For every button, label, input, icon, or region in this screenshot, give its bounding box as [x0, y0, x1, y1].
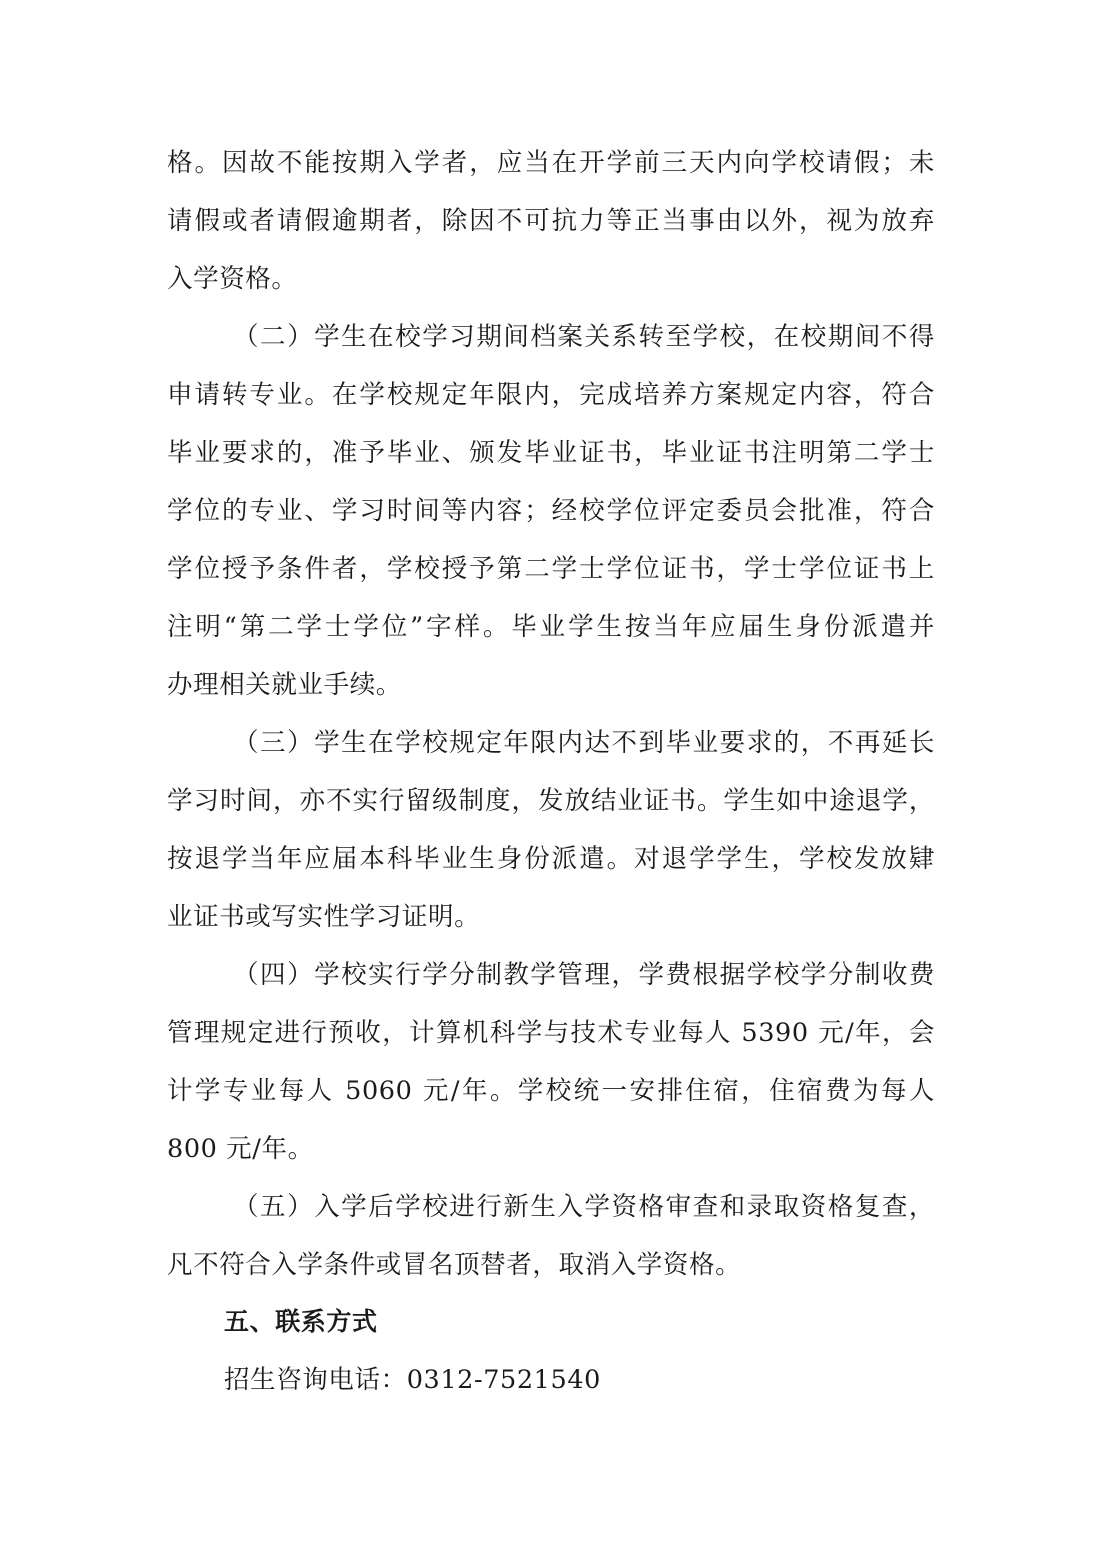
paragraph-line: 毕业要求的，准予毕业、颁发毕业证书，毕业证书注明第二学士	[167, 433, 935, 473]
paragraph-line: 凡不符合入学条件或冒名顶替者，取消入学资格。	[167, 1245, 935, 1285]
contact-phone: 0312-7521540	[407, 1365, 601, 1395]
paragraph-line: 学习时间，亦不实行留级制度，发放结业证书。学生如中途退学，	[167, 781, 935, 821]
paragraph-line: 请假或者请假逾期者，除因不可抗力等正当事由以外，视为放弃	[167, 201, 935, 241]
paragraph-line: 业证书或写实性学习证明。	[167, 897, 935, 937]
paragraph-line: 按退学当年应届本科毕业生身份派遣。对退学学生，学校发放肄	[167, 839, 935, 879]
paragraph-line: （四）学校实行学分制教学管理，学费根据学校学分制收费	[233, 955, 935, 995]
paragraph-line: （五）入学后学校进行新生入学资格审查和录取资格复查，	[233, 1187, 935, 1227]
paragraph-line: （二）学生在校学习期间档案关系转至学校，在校期间不得	[233, 317, 935, 357]
paragraph-line: 学位的专业、学习时间等内容；经校学位评定委员会批准，符合	[167, 491, 935, 531]
paragraph-line: 申请转专业。在学校规定年限内，完成培养方案规定内容，符合	[167, 375, 935, 415]
paragraph-line: 800 元/年。	[167, 1129, 935, 1169]
paragraph-line: 格。因故不能按期入学者，应当在开学前三天内向学校请假；未	[167, 143, 935, 183]
document-page: 格。因故不能按期入学者，应当在开学前三天内向学校请假；未 请假或者请假逾期者，除…	[0, 0, 1102, 1559]
contact-line: 招生咨询电话：0312-7521540	[224, 1360, 992, 1400]
paragraph-line: （三）学生在学校规定年限内达不到毕业要求的，不再延长	[233, 723, 935, 763]
contact-label: 招生咨询电话：	[224, 1365, 407, 1395]
paragraph-line: 管理规定进行预收，计算机科学与技术专业每人 5390 元/年，会	[167, 1013, 935, 1053]
paragraph-line: 入学资格。	[167, 259, 935, 299]
paragraph-line: 注明“第二学士学位”字样。毕业学生按当年应届生身份派遣并	[167, 607, 935, 647]
section-heading-contact: 五、联系方式	[224, 1302, 992, 1342]
paragraph-line: 办理相关就业手续。	[167, 665, 935, 705]
paragraph-line: 学位授予条件者，学校授予第二学士学位证书，学士学位证书上	[167, 549, 935, 589]
paragraph-line: 计学专业每人 5060 元/年。学校统一安排住宿，住宿费为每人	[167, 1071, 935, 1111]
